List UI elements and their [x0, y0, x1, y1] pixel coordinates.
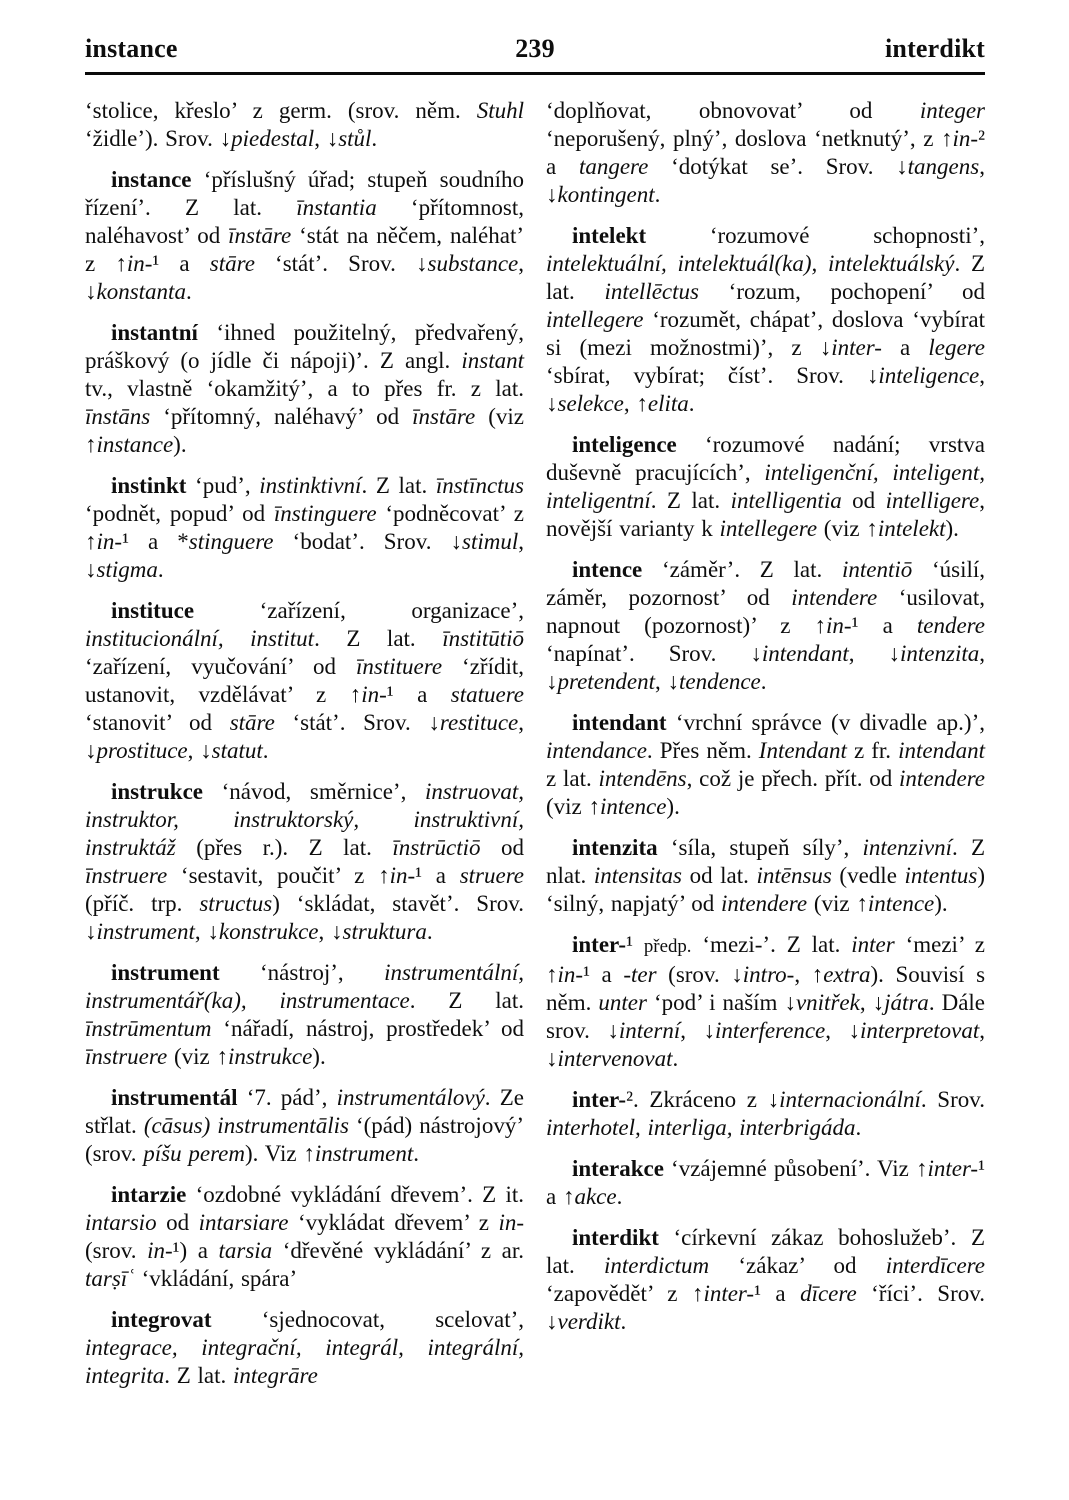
- text-run: játra: [884, 990, 929, 1015]
- text-run: (viz ↑: [817, 516, 878, 541]
- entry-instance: instance ‘příslušný úřad; stupeň soudníh…: [85, 166, 524, 306]
- text-run: .: [689, 391, 695, 416]
- text-run: instance: [111, 167, 192, 192]
- text-run: ‘zařízení, vyučování’ od: [85, 654, 356, 679]
- text-run: předp.: [644, 936, 692, 957]
- entry-instrukce: instrukce ‘návod, směrnice’, instruovat,…: [85, 778, 524, 946]
- text-run: kontingent: [558, 182, 655, 207]
- entry-integrovat: integrovat ‘sjednocovat, scelovat’, inte…: [85, 1306, 524, 1390]
- text-run: ‘bodat’. Srov. ↓: [274, 529, 463, 554]
- text-run: in-: [826, 613, 852, 638]
- entry-integrovat-continuation: ‘doplňovat, obnovovat’ od integer ‘nepor…: [546, 97, 985, 209]
- right-column: ‘doplňovat, obnovovat’ od integer ‘nepor…: [546, 97, 985, 1403]
- text-run: intelekt: [572, 223, 646, 248]
- text-run: ². Zkráceno z ↓: [626, 1087, 779, 1112]
- text-run: Intendant: [759, 738, 847, 763]
- text-run: konstrukce: [219, 919, 319, 944]
- text-run: restituce: [440, 710, 518, 735]
- text-run: ‘mezi-’. Z lat.: [692, 932, 852, 957]
- text-run: īnstinguere: [274, 501, 377, 526]
- text-run: ‘zařízení, organizace’,: [194, 598, 524, 623]
- text-run: , ↓: [314, 126, 338, 151]
- text-run: ‘doplňovat, obnovovat’ od: [546, 98, 920, 123]
- text-run: intence: [868, 891, 934, 916]
- text-run: vnitřek: [796, 990, 860, 1015]
- text-run: intarsiare: [199, 1210, 289, 1235]
- text-run: ‘stolice, křeslo’ z germ. (srov. něm.: [85, 98, 477, 123]
- text-run: ‘záměr’. Z lat.: [642, 557, 842, 582]
- text-run: instrumentál: [111, 1085, 238, 1110]
- entry-instinkt: instinkt ‘pud’, instinktivní. Z lat. īns…: [85, 472, 524, 584]
- text-run: intendant: [898, 738, 985, 763]
- text-run: tendere: [917, 613, 985, 638]
- text-run: , ↓: [319, 919, 343, 944]
- text-run: od: [842, 488, 886, 513]
- text-run: ‘vrchní správce (v divadle ap.)’,: [667, 710, 985, 735]
- text-run: integer: [920, 98, 985, 123]
- text-run: z fr.: [847, 738, 898, 763]
- entry-intendant: intendant ‘vrchní správce (v divadle ap.…: [546, 709, 985, 821]
- text-run: intervenovat: [558, 1046, 673, 1071]
- text-run: interdictum: [604, 1253, 709, 1278]
- text-run: od lat.: [682, 863, 756, 888]
- text-run: . Srov.: [921, 1087, 985, 1112]
- text-run: instrument: [111, 960, 220, 985]
- text-run: intenzita: [900, 641, 979, 666]
- entry-instantni: instantní ‘ihned použitelný, předvařený,…: [85, 319, 524, 459]
- entry-instituce: instituce ‘zařízení, organizace’, instit…: [85, 597, 524, 765]
- text-run: , ↓: [195, 919, 219, 944]
- text-run: in-: [97, 529, 123, 554]
- text-run: instrument: [97, 919, 195, 944]
- text-run: ¹ a: [852, 613, 917, 638]
- text-run: , ↑: [794, 962, 823, 987]
- text-run: ).: [934, 891, 947, 916]
- text-run: intendere: [791, 585, 877, 610]
- text-run: īnstāre: [228, 223, 291, 248]
- text-run: .: [263, 738, 269, 763]
- text-run: .: [856, 1115, 862, 1140]
- text-run: od: [481, 835, 524, 860]
- text-run: .: [186, 279, 192, 304]
- entry-instrument: instrument ‘nástroj’, instrumentální, in…: [85, 959, 524, 1071]
- text-run: , ↓: [849, 641, 900, 666]
- entry-inteligence: inteligence ‘rozumové nadání; vrstva duš…: [546, 431, 985, 543]
- text-run: intendere: [721, 891, 807, 916]
- text-run: ‘7. pád’,: [238, 1085, 337, 1110]
- text-run: konstanta: [97, 279, 186, 304]
- text-run: tangens: [908, 154, 980, 179]
- text-run: , ↓: [825, 1018, 860, 1043]
- text-run: ¹ a: [152, 251, 209, 276]
- text-run: stāre: [210, 251, 255, 276]
- text-run: tv., vlastně ‘okamžitý’, a to přes fr. z…: [85, 376, 524, 401]
- text-run: ‘židle’). Srov. ↓: [85, 126, 231, 151]
- text-run: instrukce: [111, 779, 203, 804]
- text-run: in-: [953, 126, 979, 151]
- text-run: ‘nářadí, nástroj, prostředek’ od: [212, 1016, 525, 1041]
- text-run: ‘sbírat, vybírat; číst’. Srov. ↓: [546, 363, 878, 388]
- text-run: ‘pud’,: [186, 473, 259, 498]
- text-run: statut: [212, 738, 263, 763]
- text-run: ‘síla, stupeň síly’,: [658, 835, 863, 860]
- text-run: inter-: [572, 932, 626, 957]
- text-run: interpretovat: [860, 1018, 979, 1043]
- text-columns: ‘stolice, křeslo’ z germ. (srov. něm. St…: [85, 97, 985, 1403]
- text-run: īnstīnctus: [436, 473, 524, 498]
- text-run: ‘stát’. Srov. ↓: [255, 251, 428, 276]
- text-run: tendence: [679, 669, 761, 694]
- text-run: , ↓: [860, 990, 884, 1015]
- text-run: ‘vykládat dřevem’ z: [288, 1210, 498, 1235]
- text-run: ).: [173, 432, 186, 457]
- text-run: intro-: [743, 962, 795, 987]
- text-run: píšu perem: [143, 1141, 245, 1166]
- text-run: stāre: [230, 710, 275, 735]
- text-run: instituce: [111, 598, 194, 623]
- text-run: ¹ a: [415, 863, 460, 888]
- text-run: stůl: [338, 126, 371, 151]
- text-run: ¹ a: [754, 1281, 800, 1306]
- entry-inter-2: inter-². Zkráceno z ↓internacionální. Sr…: [546, 1086, 985, 1142]
- text-run: .: [761, 669, 767, 694]
- text-run: intendant: [762, 641, 849, 666]
- text-run: interakce: [572, 1156, 664, 1181]
- text-run: ‘rozumové schopnosti’,: [646, 223, 985, 248]
- text-run: pretendent: [558, 669, 656, 694]
- text-run: intelligentia: [731, 488, 842, 513]
- text-run: intenzita: [572, 835, 658, 860]
- text-run: īnstituere: [356, 654, 442, 679]
- left-column: ‘stolice, křeslo’ z germ. (srov. něm. St…: [85, 97, 524, 1403]
- text-run: , což je přech. přít. od: [687, 766, 899, 791]
- text-run: intendance: [546, 738, 647, 763]
- text-run: ‘vkládání, spára’: [135, 1266, 297, 1291]
- text-run: interdīcere: [886, 1253, 985, 1278]
- text-run: ¹ a: [583, 962, 623, 987]
- text-run: .: [617, 1184, 623, 1209]
- text-run: statuere: [451, 682, 524, 707]
- text-run: . Z lat.: [361, 473, 435, 498]
- text-run: in-: [558, 962, 584, 987]
- text-run: institucionální, institut: [85, 626, 314, 651]
- text-run: inter-: [927, 1156, 978, 1181]
- text-run: , ↓: [655, 669, 679, 694]
- text-run: instrumentálový: [337, 1085, 485, 1110]
- text-run: verdikt: [558, 1309, 621, 1334]
- text-run: ‘rozum, pochopení’ od: [699, 279, 985, 304]
- text-run: ).: [666, 794, 679, 819]
- text-run: .: [427, 919, 433, 944]
- text-run: ‘zákaz’ od: [709, 1253, 886, 1278]
- text-run: elita: [648, 391, 689, 416]
- text-run: ‘dřevěné vykládání’ z ar.: [272, 1238, 524, 1263]
- text-run: .: [655, 182, 661, 207]
- text-run: intarzie: [111, 1182, 186, 1207]
- text-run: ‘přítomný, naléhavý’ od: [150, 404, 412, 429]
- text-run: intelekt: [878, 516, 946, 541]
- text-run: dīcere: [800, 1281, 857, 1306]
- header-guideword-left: instance: [85, 34, 515, 64]
- text-run: internacionální: [779, 1087, 921, 1112]
- text-run: interference: [715, 1018, 825, 1043]
- text-run: īnstruere: [85, 863, 167, 888]
- text-run: ‘dotýkat se’. Srov. ↓: [648, 154, 907, 179]
- page-number: 239: [515, 34, 555, 64]
- text-run: stimul: [462, 529, 518, 554]
- text-run: ‘stát’. Srov. ↓: [275, 710, 440, 735]
- text-run: ¹ a *: [122, 529, 189, 554]
- entry-intelekt: intelekt ‘rozumové schopnosti’, intelekt…: [546, 222, 985, 418]
- text-run: . Z lat.: [410, 988, 524, 1013]
- entry-intarzie: intarzie ‘ozdobné vykládání dřevem’. Z i…: [85, 1181, 524, 1293]
- text-run: īnstantia: [296, 195, 377, 220]
- text-run: in-: [361, 682, 387, 707]
- text-run: ‘vzájemné působení’. Viz ↑: [664, 1156, 927, 1181]
- text-run: selekce: [558, 391, 624, 416]
- text-run: in-: [390, 863, 416, 888]
- text-run: tarsia: [219, 1238, 273, 1263]
- text-run: (vedle: [832, 863, 905, 888]
- text-run: .: [413, 1141, 419, 1166]
- text-run: ¹ a: [387, 682, 451, 707]
- text-run: instrument: [315, 1141, 413, 1166]
- text-run: in-: [147, 1238, 173, 1263]
- text-run: īnstrūctiō: [392, 835, 480, 860]
- text-run: intendant: [572, 710, 667, 735]
- text-run: in-: [498, 1210, 524, 1235]
- text-run: (srov. ↓: [657, 962, 743, 987]
- text-run: (viz ↑: [167, 1044, 228, 1069]
- text-run: instantní: [111, 320, 198, 345]
- text-run: ‘sjednocovat, scelovat’,: [212, 1307, 524, 1332]
- text-run: intarsio: [85, 1210, 157, 1235]
- text-run: . Přes něm.: [647, 738, 759, 763]
- text-run: . Z lat.: [164, 1363, 233, 1388]
- text-run: interhotel, interliga, interbrigáda: [546, 1115, 856, 1140]
- text-run: intelektuální, intelektuál(ka), intelekt…: [546, 251, 954, 276]
- text-run: integrovat: [111, 1307, 212, 1332]
- dictionary-page: instance 239 interdikt ‘stolice, křeslo’…: [0, 0, 1069, 1500]
- text-run: īnstruere: [85, 1044, 167, 1069]
- text-run: intellegere: [546, 307, 644, 332]
- text-run: intenzivní: [863, 835, 952, 860]
- text-run: (přes r.). Z lat.: [176, 835, 393, 860]
- text-run: . Z lat.: [651, 488, 731, 513]
- text-run: īnstāns: [85, 404, 150, 429]
- text-run: (srov.: [85, 1238, 147, 1263]
- text-run: instance: [97, 432, 174, 457]
- text-run: od: [157, 1210, 199, 1235]
- text-run: tangere: [579, 154, 648, 179]
- text-run: a: [882, 335, 928, 360]
- text-run: struktura: [343, 919, 427, 944]
- text-run: ‘nástroj’,: [220, 960, 384, 985]
- text-run: inter: [851, 932, 894, 957]
- text-run: intelligere: [886, 488, 980, 513]
- text-run: .: [158, 557, 164, 582]
- text-run: interní: [619, 1018, 680, 1043]
- entry-intenzita: intenzita ‘síla, stupeň síly’, intenzivn…: [546, 834, 985, 918]
- text-run: intentus: [904, 863, 977, 888]
- text-run: intentiō: [842, 557, 912, 582]
- text-run: ).: [946, 516, 959, 541]
- text-run: ‘napínat’. Srov. ↓: [546, 641, 762, 666]
- text-run: interdikt: [572, 1225, 659, 1250]
- text-run: .: [672, 1046, 678, 1071]
- text-run: ‘neporušený, plný’, doslova ‘netknutý’, …: [546, 126, 953, 151]
- text-run: intellēctus: [604, 279, 699, 304]
- text-run: inter-: [831, 335, 882, 360]
- text-run: unter: [598, 990, 647, 1015]
- text-run: legere: [928, 335, 985, 360]
- entry-inter-1: inter-¹ předp. ‘mezi-’. Z lat. inter ‘me…: [546, 931, 985, 1073]
- text-run: , ↓: [680, 1018, 715, 1043]
- text-run: ‘pod’ i naším ↓: [647, 990, 796, 1015]
- text-run: ‘návod, směrnice’,: [203, 779, 425, 804]
- text-run: , ↑: [624, 391, 648, 416]
- text-run: in-: [127, 251, 153, 276]
- text-run: tarṣīʿ: [85, 1266, 135, 1291]
- text-run: ).: [312, 1044, 325, 1069]
- text-run: . Z lat.: [314, 626, 442, 651]
- text-run: ‘stanovit’ od: [85, 710, 230, 735]
- text-run: z lat.: [546, 766, 598, 791]
- text-run: (viz ↑: [546, 794, 600, 819]
- entry-interakce: interakce ‘vzájemné působení’. Viz ↑inte…: [546, 1155, 985, 1211]
- text-run: inter-: [703, 1281, 754, 1306]
- text-run: inteligence: [572, 432, 677, 457]
- text-run: ¹: [626, 932, 644, 957]
- text-run: , ↓: [188, 738, 212, 763]
- entry-interdikt: interdikt ‘církevní zákaz bohoslužeb’. Z…: [546, 1224, 985, 1336]
- text-run: instinkt: [111, 473, 186, 498]
- text-run: ). Viz ↑: [245, 1141, 315, 1166]
- text-run: struere: [460, 863, 524, 888]
- entry-intence: intence ‘záměr’. Z lat. intentiō ‘úsilí,…: [546, 556, 985, 696]
- text-run: instrukce: [228, 1044, 312, 1069]
- text-run: (cāsus) instrumentālis: [144, 1113, 349, 1138]
- text-run: ¹) a: [173, 1238, 219, 1263]
- text-run: piedestal: [231, 126, 314, 151]
- text-run: īnstāre: [412, 404, 475, 429]
- text-run: .: [621, 1309, 627, 1334]
- text-run: intensitas: [594, 863, 682, 888]
- text-run: intendere: [899, 766, 985, 791]
- text-run: ‘ozdobné vykládání dřevem’. Z it.: [186, 1182, 524, 1207]
- text-run: intēnsus: [756, 863, 831, 888]
- text-run: stinguere: [189, 529, 274, 554]
- text-run: intence: [600, 794, 666, 819]
- text-run: integrāre: [233, 1363, 318, 1388]
- entry-stolice-continuation: ‘stolice, křeslo’ z germ. (srov. něm. St…: [85, 97, 524, 153]
- text-run: īnstrūmentum: [85, 1016, 212, 1041]
- text-run: intendēns: [598, 766, 686, 791]
- text-run: ‘sestavit, poučit’ z ↑: [167, 863, 389, 888]
- text-run: .: [371, 126, 377, 151]
- text-run: stigma: [97, 557, 158, 582]
- text-run: extra: [823, 962, 870, 987]
- text-run: Stuhl: [477, 98, 524, 123]
- text-run: prostituce: [97, 738, 188, 763]
- header-guideword-right: interdikt: [555, 34, 985, 64]
- text-run: ‘zapovědět’ z ↑: [546, 1281, 703, 1306]
- text-run: instant: [461, 348, 524, 373]
- text-run: substance: [428, 251, 519, 276]
- text-run: akce: [574, 1184, 616, 1209]
- text-run: (příč. trp.: [85, 891, 199, 916]
- text-run: instinktivní: [259, 473, 361, 498]
- text-run: ‘podnět, popud’ od: [85, 501, 274, 526]
- text-run: -ter: [623, 962, 656, 987]
- text-run: (viz ↑: [807, 891, 868, 916]
- entry-instrumental: instrumentál ‘7. pád’, instrumentálový. …: [85, 1084, 524, 1168]
- running-header: instance 239 interdikt: [85, 34, 985, 75]
- text-run: intence: [572, 557, 642, 582]
- text-run: intellegere: [720, 516, 818, 541]
- text-run: inteligence: [878, 363, 979, 388]
- text-run: structus: [199, 891, 272, 916]
- text-run: inter-: [572, 1087, 626, 1112]
- text-run: īnstitūtiō: [442, 626, 524, 651]
